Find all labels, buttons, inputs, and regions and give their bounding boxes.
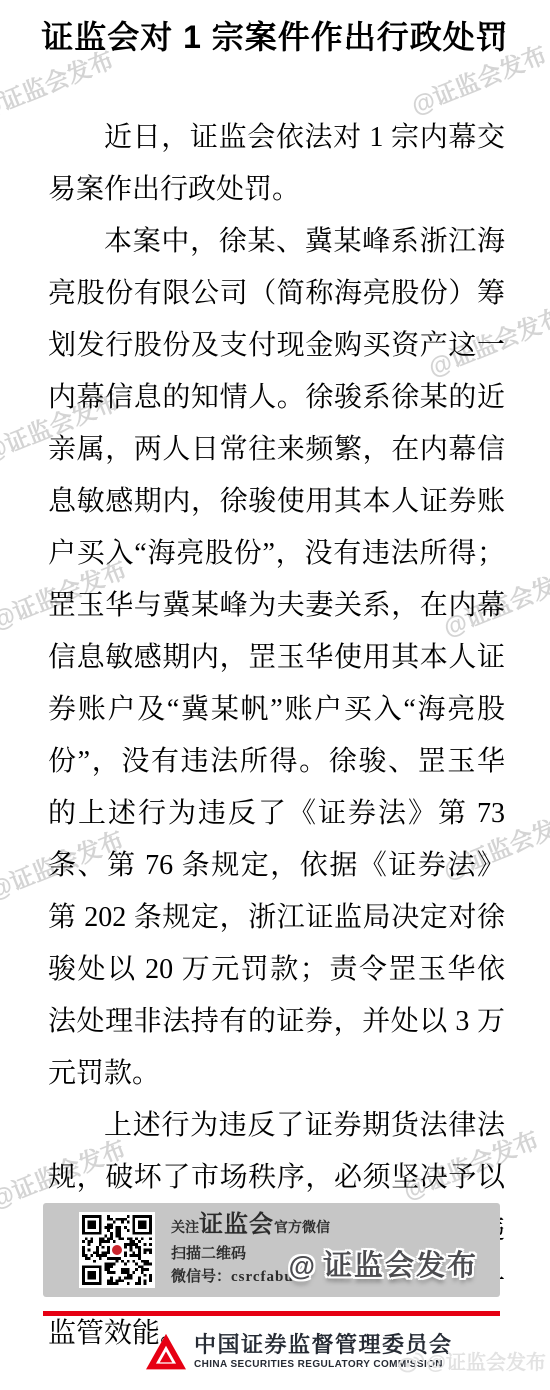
wechat-follow-suffix: 官方微信 (274, 1219, 330, 1235)
wechat-follow-prefix: 关注 (171, 1219, 199, 1235)
weibo-watermark: @证监会发布 (396, 1346, 546, 1375)
red-divider (43, 1311, 500, 1316)
at-symbol: @ (289, 1251, 317, 1281)
weibo-watermark-text: @证监会发布 (426, 1346, 546, 1375)
wechat-id: csrcfabu (231, 1269, 294, 1285)
announcement-page: 证监会对 1 宗案件作出行政处罚 @证监会发布 @证监会发布 @证监会发布 @证… (0, 0, 550, 1390)
weibo-icon (396, 1347, 424, 1375)
wechat-follow-panel: 关注证监会官方微信 扫描二维码 微信号：csrcfabu @证监会发布 (43, 1203, 500, 1297)
csrc-logo-icon (146, 1332, 186, 1376)
article-paragraph: 本案中，徐某、冀某峰系浙江海亮股份有限公司（简称海亮股份）筹划发行股份及支付现金… (48, 216, 505, 1100)
page-title: 证监会对 1 宗案件作出行政处罚 (0, 12, 550, 58)
article-paragraph: 近日，证监会依法对 1 宗内幕交易案作出行政处罚。 (48, 112, 505, 216)
qr-center-logo (110, 1243, 124, 1257)
qr-code (79, 1212, 155, 1288)
csrc-weibo-badge: @证监会发布 (289, 1243, 478, 1284)
article-body: 近日，证监会依法对 1 宗内幕交易案作出行政处罚。 本案中，徐某、冀某峰系浙江海… (48, 112, 505, 1360)
wechat-account-name: 证监会 (199, 1211, 274, 1238)
badge-name: 证监会发布 (323, 1250, 478, 1282)
wechat-id-label: 微信号： (171, 1268, 231, 1285)
